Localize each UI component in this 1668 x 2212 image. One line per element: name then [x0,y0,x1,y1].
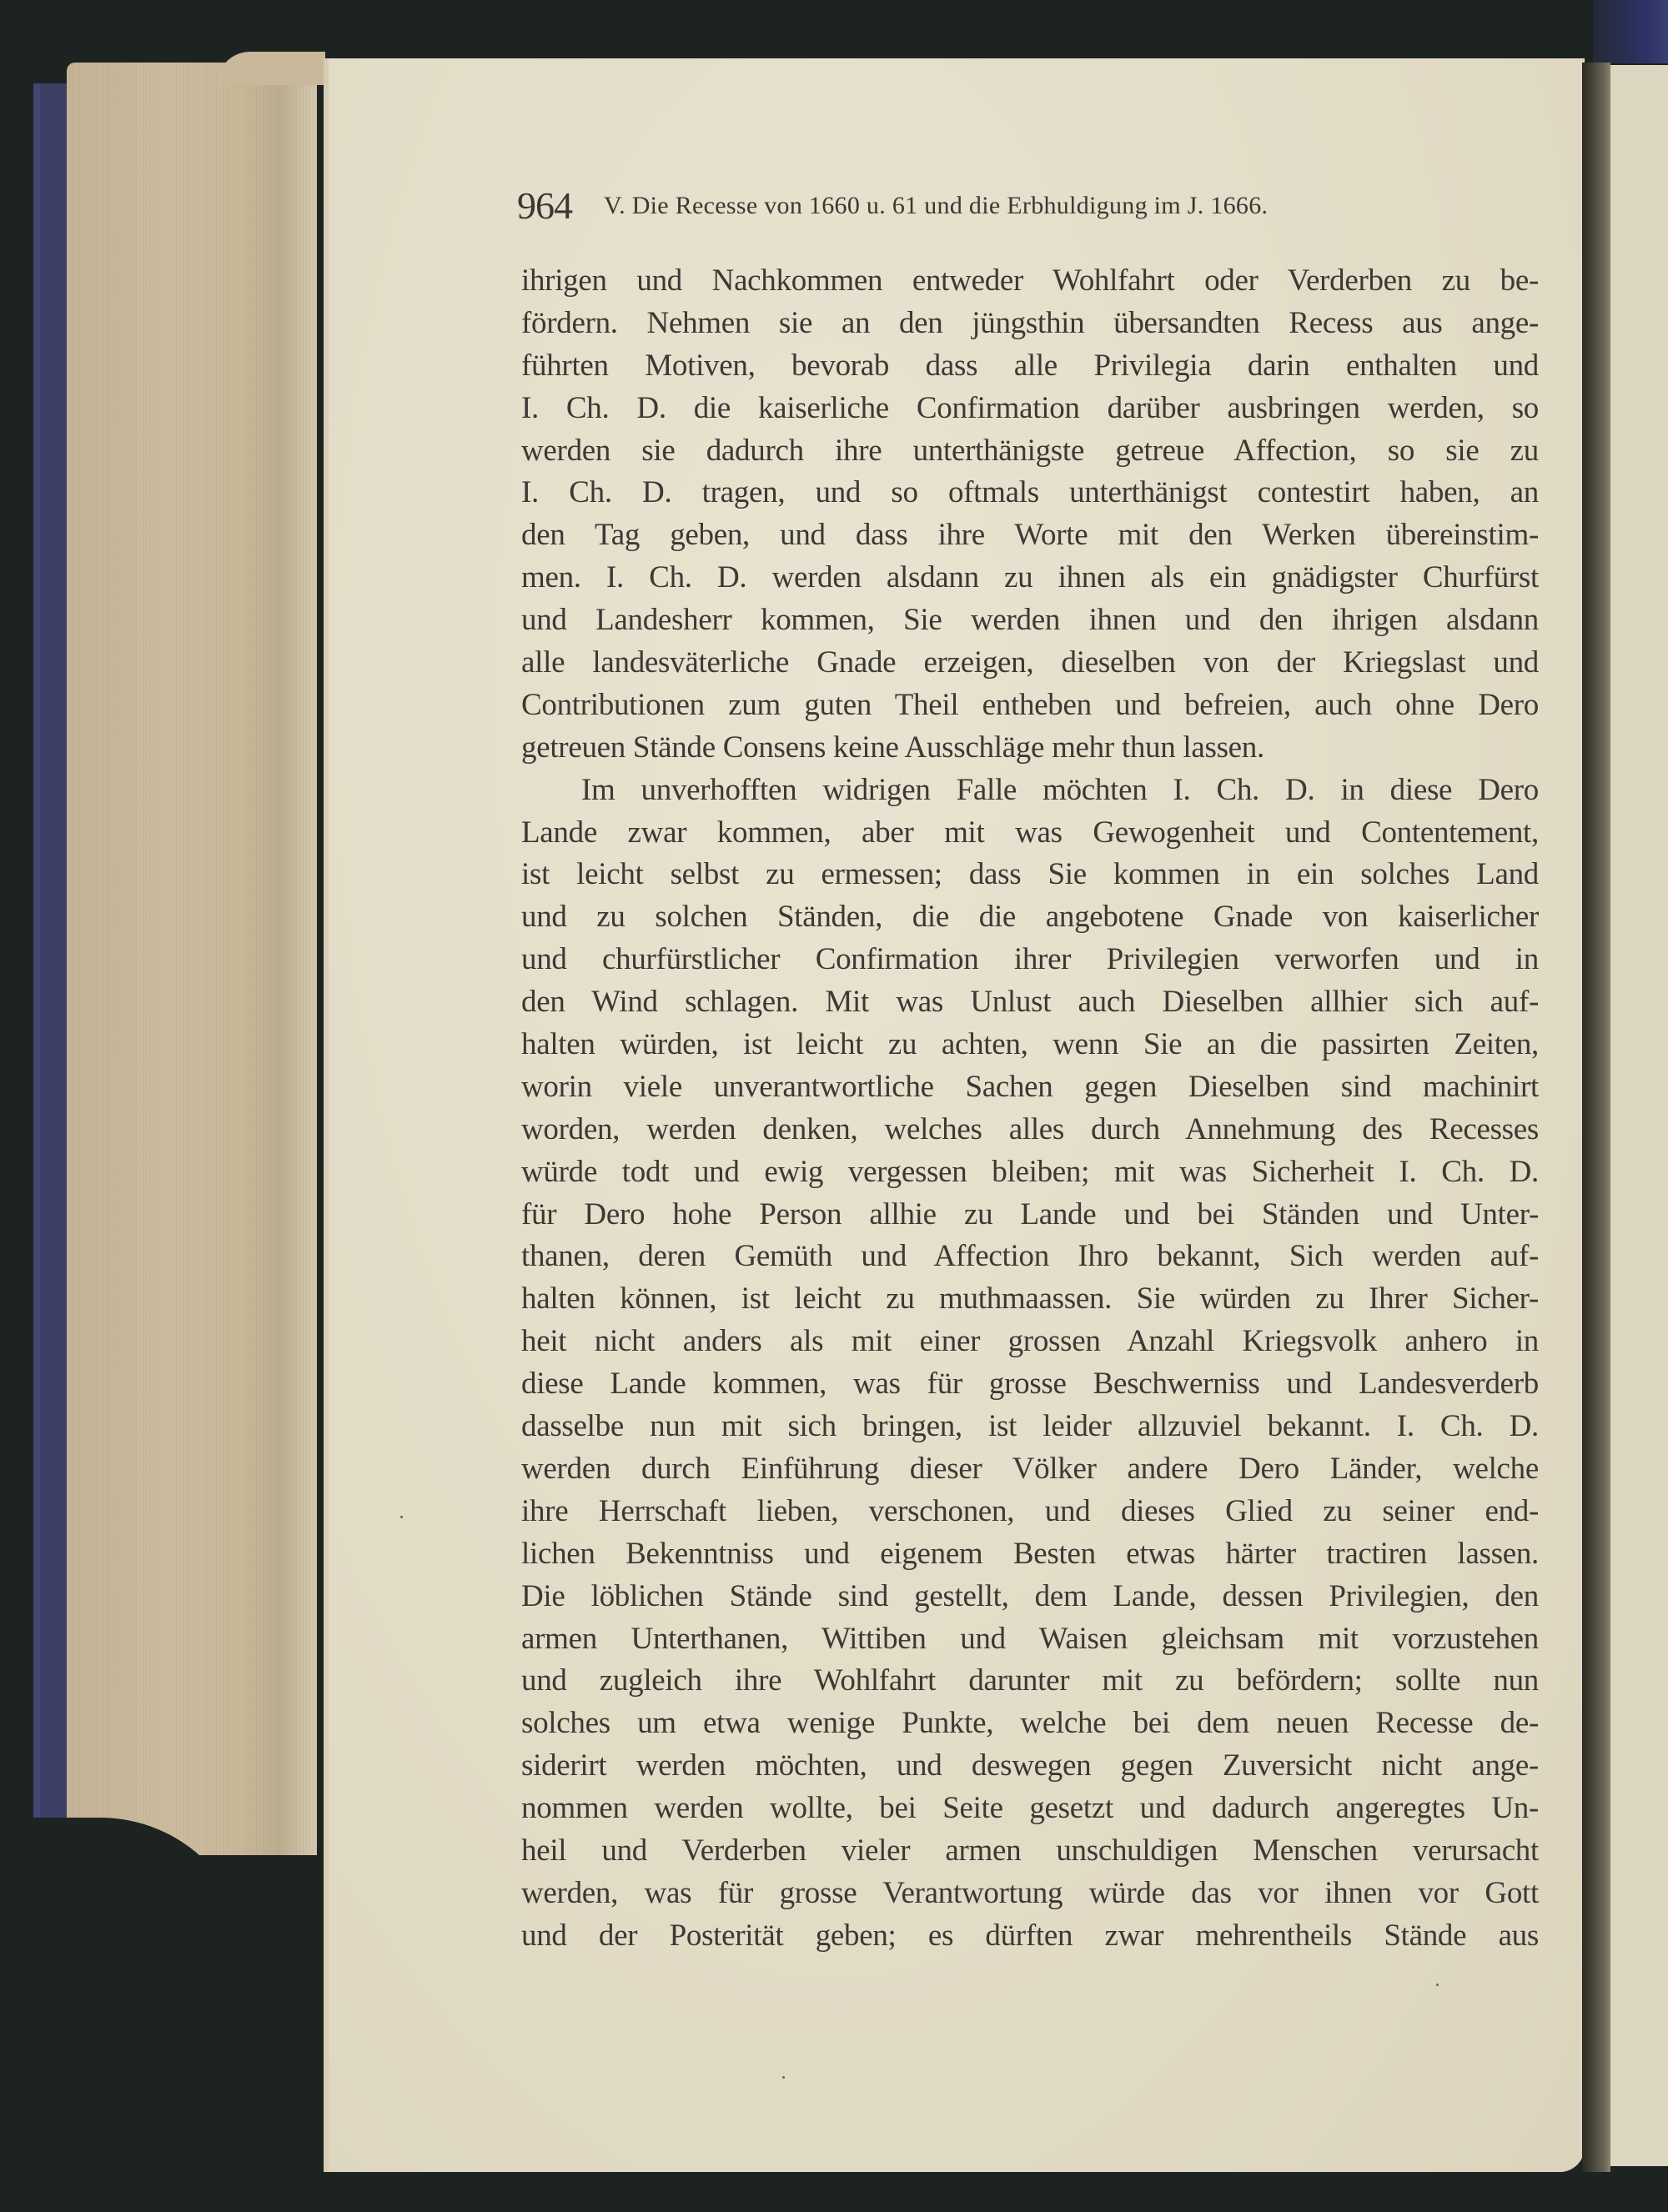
text-line: solches um etwa wenige Punkte, welche be… [521,1703,1539,1745]
text-line: ihre Herrschaft lieben, verschonen, und … [521,1491,1539,1533]
text-line: den Tag geben, und dass ihre Worte mit d… [521,514,1539,557]
facing-page-edge [1610,65,1668,2166]
paper-speck [782,2076,785,2079]
text-line: und zu solchen Ständen, die die angebote… [521,896,1539,939]
text-line: für Dero hohe Person allhie zu Lande und… [521,1194,1539,1236]
text-line: und churfürstlicher Confirmation ihrer P… [521,939,1539,981]
text-line: siderirt werden möchten, und deswegen ge… [521,1745,1539,1788]
text-line: ist leicht selbst zu ermessen; dass Sie … [521,854,1539,896]
text-line: armen Unterthanen, Wittiben und Waisen g… [521,1618,1539,1661]
text-line: halten würden, ist leicht zu achten, wen… [521,1024,1539,1066]
body-text: ihrigen und Nachkommen entweder Wohlfahr… [521,260,1539,1958]
text-line: ihrigen und Nachkommen entweder Wohlfahr… [521,260,1539,303]
text-line: und der Posterität geben; es dürften zwa… [521,1915,1539,1958]
text-line: dasselbe nun mit sich bringen, ist leide… [521,1406,1539,1448]
text-line: getreuen Stände Consens keine Ausschläge… [521,727,1539,770]
text-line: worden, werden denken, welches alles dur… [521,1109,1539,1151]
text-line: Im unverhofften widrigen Falle möchten I… [521,770,1539,812]
text-line: lichen Bekenntniss und eigenem Besten et… [521,1533,1539,1576]
text-line: nommen werden wollte, bei Seite gesetzt … [521,1788,1539,1830]
book-gutter [1582,63,1610,2172]
paper-speck [1436,1984,1439,1986]
book-cover-right [1593,0,1668,63]
page-header: 964 V. Die Recesse von 1660 u. 61 und di… [517,177,1543,235]
text-line: würde todt und ewig vergessen bleiben; m… [521,1151,1539,1194]
text-line: und zugleich ihre Wohlfahrt darunter mit… [521,1660,1539,1703]
text-line: men. I. Ch. D. werden alsdann zu ihnen a… [521,557,1539,599]
text-line: I. Ch. D. tragen, und so oftmals unterth… [521,472,1539,514]
text-line: I. Ch. D. die kaiserliche Confirmation d… [521,388,1539,430]
page-stack-edge [67,63,317,1855]
text-line: Die löblichen Stände sind gestellt, dem … [521,1576,1539,1618]
running-title: V. Die Recesse von 1660 u. 61 und die Er… [604,192,1268,220]
text-line: worin viele unverantwortliche Sachen geg… [521,1066,1539,1109]
text-line: den Wind schlagen. Mit was Unlust auch D… [521,981,1539,1024]
text-line: und Landesherr kommen, Sie werden ihnen … [521,599,1539,642]
text-line: heit nicht anders als mit einer grossen … [521,1321,1539,1363]
text-line: halten können, ist leicht zu muthmaassen… [521,1278,1539,1321]
text-line: diese Lande kommen, was für grosse Besch… [521,1363,1539,1406]
page-number: 964 [517,183,572,228]
text-line: fördern. Nehmen sie an den jüngsthin übe… [521,303,1539,345]
text-line: führten Motiven, bevorab dass alle Privi… [521,345,1539,388]
text-line: werden durch Einführung dieser Völker an… [521,1448,1539,1491]
text-line: thanen, deren Gemüth und Affection Ihro … [521,1236,1539,1278]
page-stack-top-curve [217,52,325,85]
text-line: Lande zwar kommen, aber mit was Gewogenh… [521,812,1539,855]
text-line: werden, was für grosse Verantwortung wür… [521,1873,1539,1915]
text-line: Contributionen zum guten Theil entheben … [521,685,1539,727]
text-line: alle landesväterliche Gnade erzeigen, di… [521,642,1539,685]
page-stack-bottom-shadow [33,1818,250,2168]
text-line: werden sie dadurch ihre unterthänigste g… [521,430,1539,473]
paper-speck [400,1516,403,1518]
text-line: heil und Verderben vieler armen unschuld… [521,1830,1539,1873]
